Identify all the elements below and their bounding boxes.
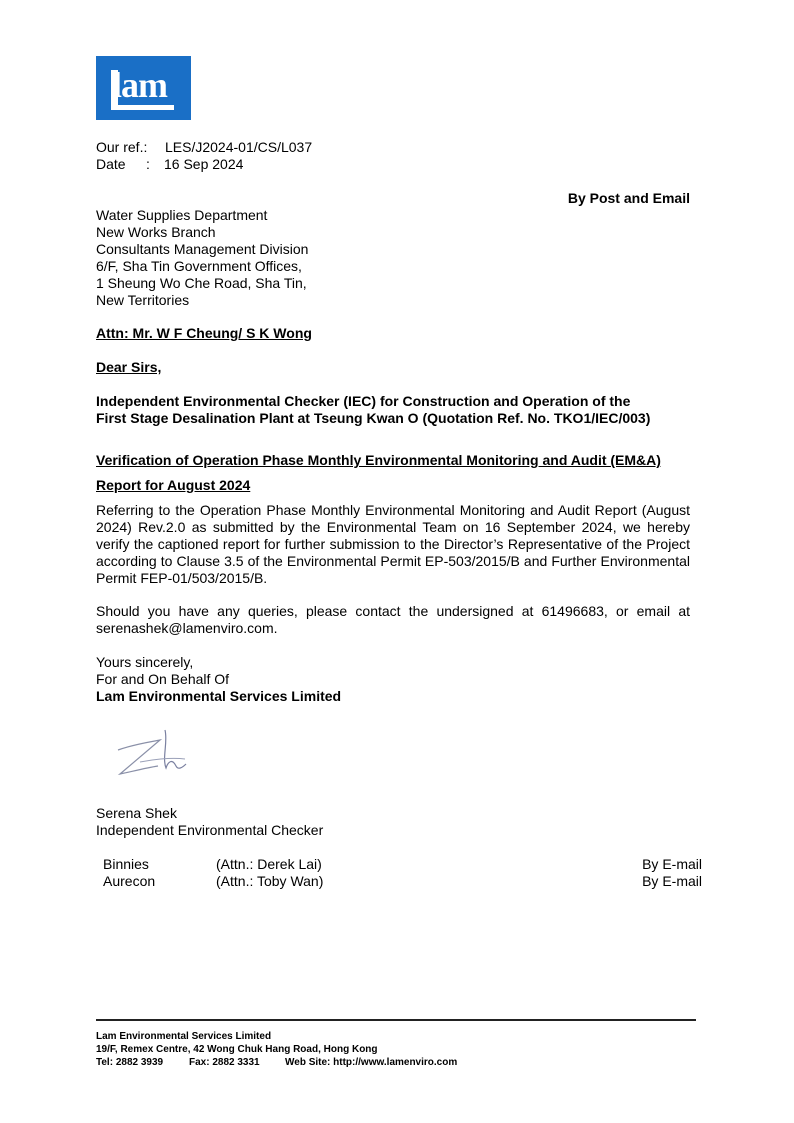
subject-line-2: First Stage Desalination Plant at Tseung… [96, 410, 650, 427]
cc-org: Aurecon [103, 873, 155, 889]
subject-line-1: Independent Environmental Checker (IEC) … [96, 393, 650, 410]
signatory-block: Serena Shek Independent Environmental Ch… [96, 805, 323, 839]
report-heading-line-2: Report for August 2024 [96, 477, 250, 494]
signature-image [110, 722, 200, 782]
cc-org: Binnies [103, 856, 149, 872]
signatory-title: Independent Environmental Checker [96, 822, 323, 839]
date-label: Date [96, 156, 126, 172]
company-name: Lam Environmental Services Limited [96, 688, 341, 705]
date-value: 16 Sep 2024 [164, 156, 243, 173]
logo-text: lam [112, 64, 167, 106]
report-heading-line-1: Verification of Operation Phase Monthly … [96, 452, 661, 469]
recipient-line: Water Supplies Department [96, 207, 308, 224]
cc-method: By E-mail [642, 856, 702, 873]
attention-line: Attn: Mr. W F Cheung/ S K Wong [96, 325, 312, 342]
footer-company: Lam Environmental Services Limited [96, 1030, 516, 1043]
footer-address: 19/F, Remex Centre, 42 Wong Chuk Hang Ro… [96, 1043, 516, 1056]
reference-line: Our ref.: LES/J2024-01/CS/L037 [96, 139, 147, 156]
cc-row: Binnies (Attn.: Derek Lai) By E-mail [103, 856, 702, 873]
date-line: Date : 16 Sep 2024 [96, 156, 126, 173]
footer-contact: Tel: 2882 3939 Fax: 2882 3331 Web Site: … [96, 1056, 516, 1069]
footer-tel: Tel: 2882 3939 [96, 1057, 163, 1068]
recipient-line: Consultants Management Division [96, 241, 308, 258]
delivery-method: By Post and Email [568, 190, 690, 207]
footer: Lam Environmental Services Limited 19/F,… [96, 1030, 516, 1069]
footer-divider [96, 1019, 696, 1021]
body-paragraph-2: Should you have any queries, please cont… [96, 603, 690, 637]
recipient-line: New Works Branch [96, 224, 308, 241]
recipient-line: New Territories [96, 292, 308, 309]
valediction: Yours sincerely, [96, 654, 341, 671]
recipient-line: 1 Sheung Wo Che Road, Sha Tin, [96, 275, 308, 292]
closing-block: Yours sincerely, For and On Behalf Of La… [96, 654, 341, 705]
signatory-name: Serena Shek [96, 805, 323, 822]
cc-attn: (Attn.: Toby Wan) [216, 873, 323, 890]
body-paragraph-1: Referring to the Operation Phase Monthly… [96, 502, 690, 587]
cc-list: Binnies (Attn.: Derek Lai) By E-mail Aur… [103, 856, 702, 890]
salutation: Dear Sirs, [96, 359, 161, 376]
subject: Independent Environmental Checker (IEC) … [96, 393, 650, 427]
ref-value: LES/J2024-01/CS/L037 [165, 139, 312, 156]
footer-website[interactable]: Web Site: http://www.lamenviro.com [285, 1056, 457, 1069]
footer-fax: Fax: 2882 3331 [189, 1056, 260, 1069]
recipient-line: 6/F, Sha Tin Government Offices, [96, 258, 308, 275]
ref-label: Our ref.: [96, 139, 147, 155]
recipient-address: Water Supplies Department New Works Bran… [96, 207, 308, 309]
cc-attn: (Attn.: Derek Lai) [216, 856, 322, 873]
company-logo: lam [96, 56, 191, 120]
date-separator: : [146, 156, 150, 173]
on-behalf-of: For and On Behalf Of [96, 671, 341, 688]
cc-method: By E-mail [642, 873, 702, 890]
cc-row: Aurecon (Attn.: Toby Wan) By E-mail [103, 873, 702, 890]
